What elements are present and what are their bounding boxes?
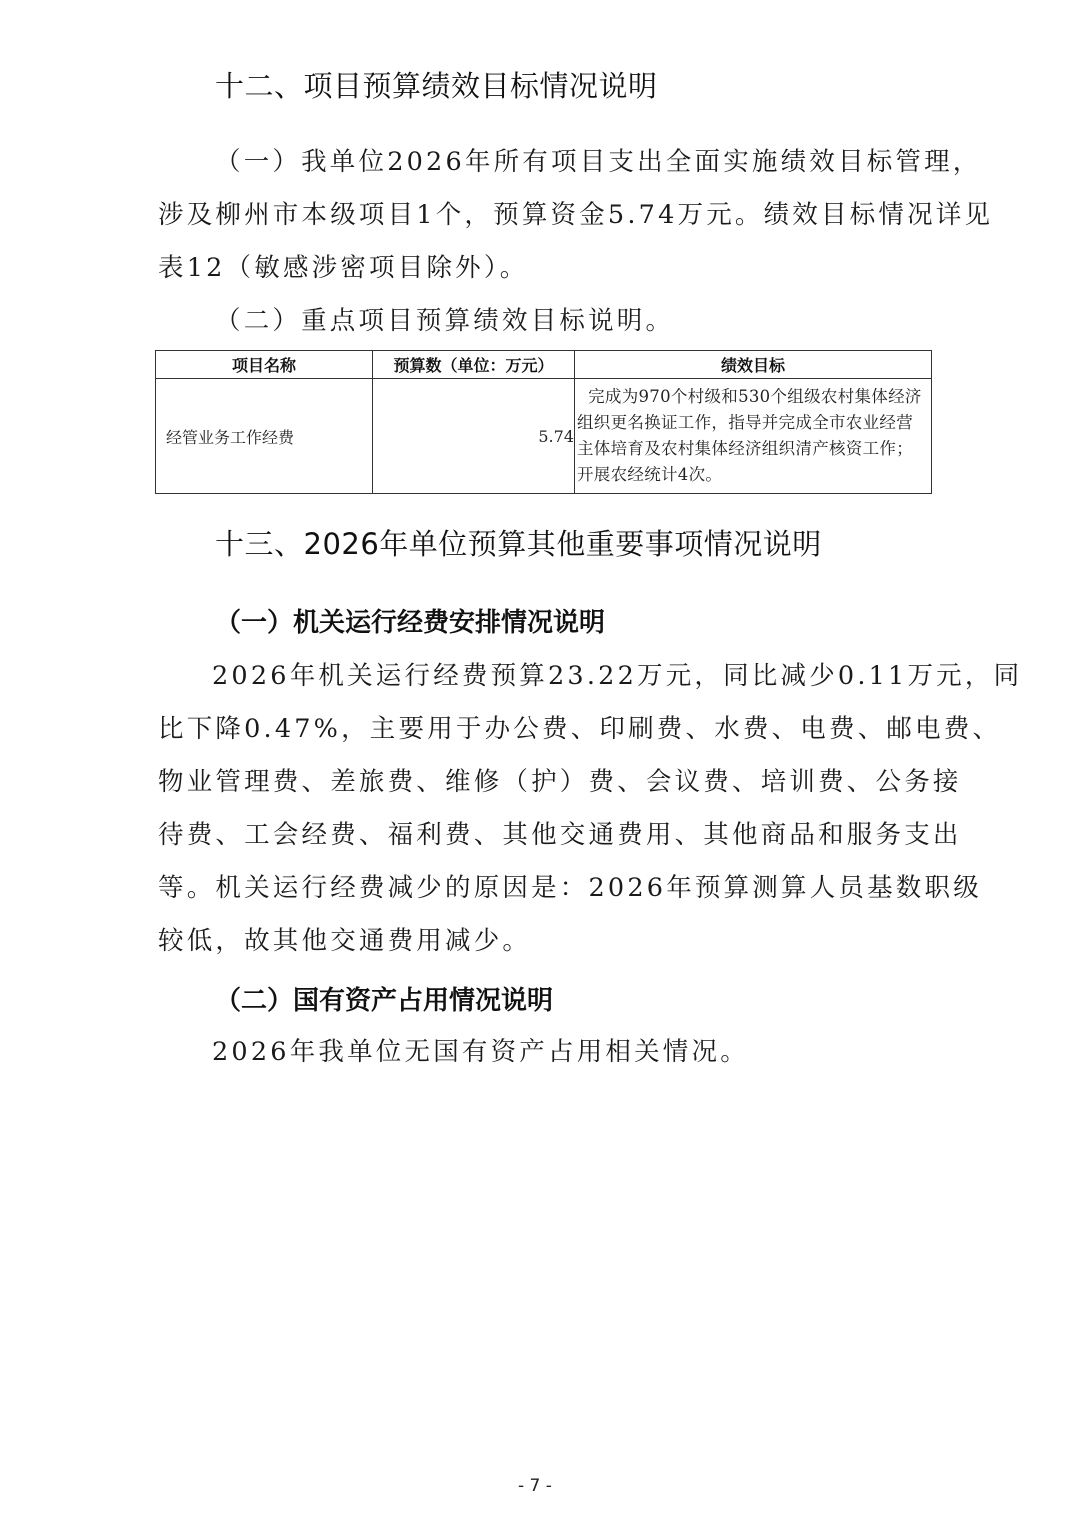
header-performance-goal: 绩效目标 [575, 351, 932, 379]
table-row: 经管业务工作经费 5.74 完成为970个村级和530个组级农村集体经济组织更名… [156, 379, 932, 494]
subsection-1-line-2: 比下降0.47%，主要用于办公费、印刷费、水费、电费、邮电费、 [158, 709, 1001, 745]
cell-performance-goal: 完成为970个村级和530个组级农村集体经济组织更名换证工作，指导并完成全市农业… [575, 379, 932, 494]
subsection-1-line-5: 等。机关运行经费减少的原因是：2026年预算测算人员基数职级 [158, 868, 982, 904]
header-project-name: 项目名称 [156, 351, 373, 379]
cell-budget-amount: 5.74 [373, 379, 575, 494]
subsection-2-text: 2026年我单位无国有资产占用相关情况。 [212, 1032, 749, 1068]
subsection-1-line-1: 2026年机关运行经费预算23.22万元，同比减少0.11万元，同 [212, 656, 1022, 692]
section-12-para1-line1: （一）我单位2026年所有项目支出全面实施绩效目标管理， [215, 142, 982, 178]
section-12-title: 十二、项目预算绩效目标情况说明 [215, 64, 658, 105]
header-budget-amount: 预算数（单位：万元） [373, 351, 575, 379]
page-number: - 7 - [518, 1476, 552, 1496]
section-12-para1-line2: 涉及柳州市本级项目1个，预算资金5.74万元。绩效目标情况详见 [158, 195, 993, 231]
section-12-para2: （二）重点项目预算绩效目标说明。 [215, 301, 674, 337]
table-header-row: 项目名称 预算数（单位：万元） 绩效目标 [156, 351, 932, 379]
subsection-1-title: （一）机关运行经费安排情况说明 [215, 602, 605, 639]
subsection-1-line-6: 较低，故其他交通费用减少。 [158, 921, 531, 957]
section-12-para1-line3: 表12（敏感涉密项目除外）。 [158, 248, 529, 284]
subsection-1-line-3: 物业管理费、差旅费、维修（护）费、会议费、培训费、公务接 [158, 762, 962, 798]
cell-project-name: 经管业务工作经费 [156, 379, 373, 494]
performance-goals-table: 项目名称 预算数（单位：万元） 绩效目标 经管业务工作经费 5.74 完成为97… [155, 350, 932, 494]
subsection-2-title: （二）国有资产占用情况说明 [215, 980, 553, 1017]
section-13-title: 十三、2026年单位预算其他重要事项情况说明 [215, 522, 822, 563]
subsection-1-line-4: 待费、工会经费、福利费、其他交通费用、其他商品和服务支出 [158, 815, 962, 851]
